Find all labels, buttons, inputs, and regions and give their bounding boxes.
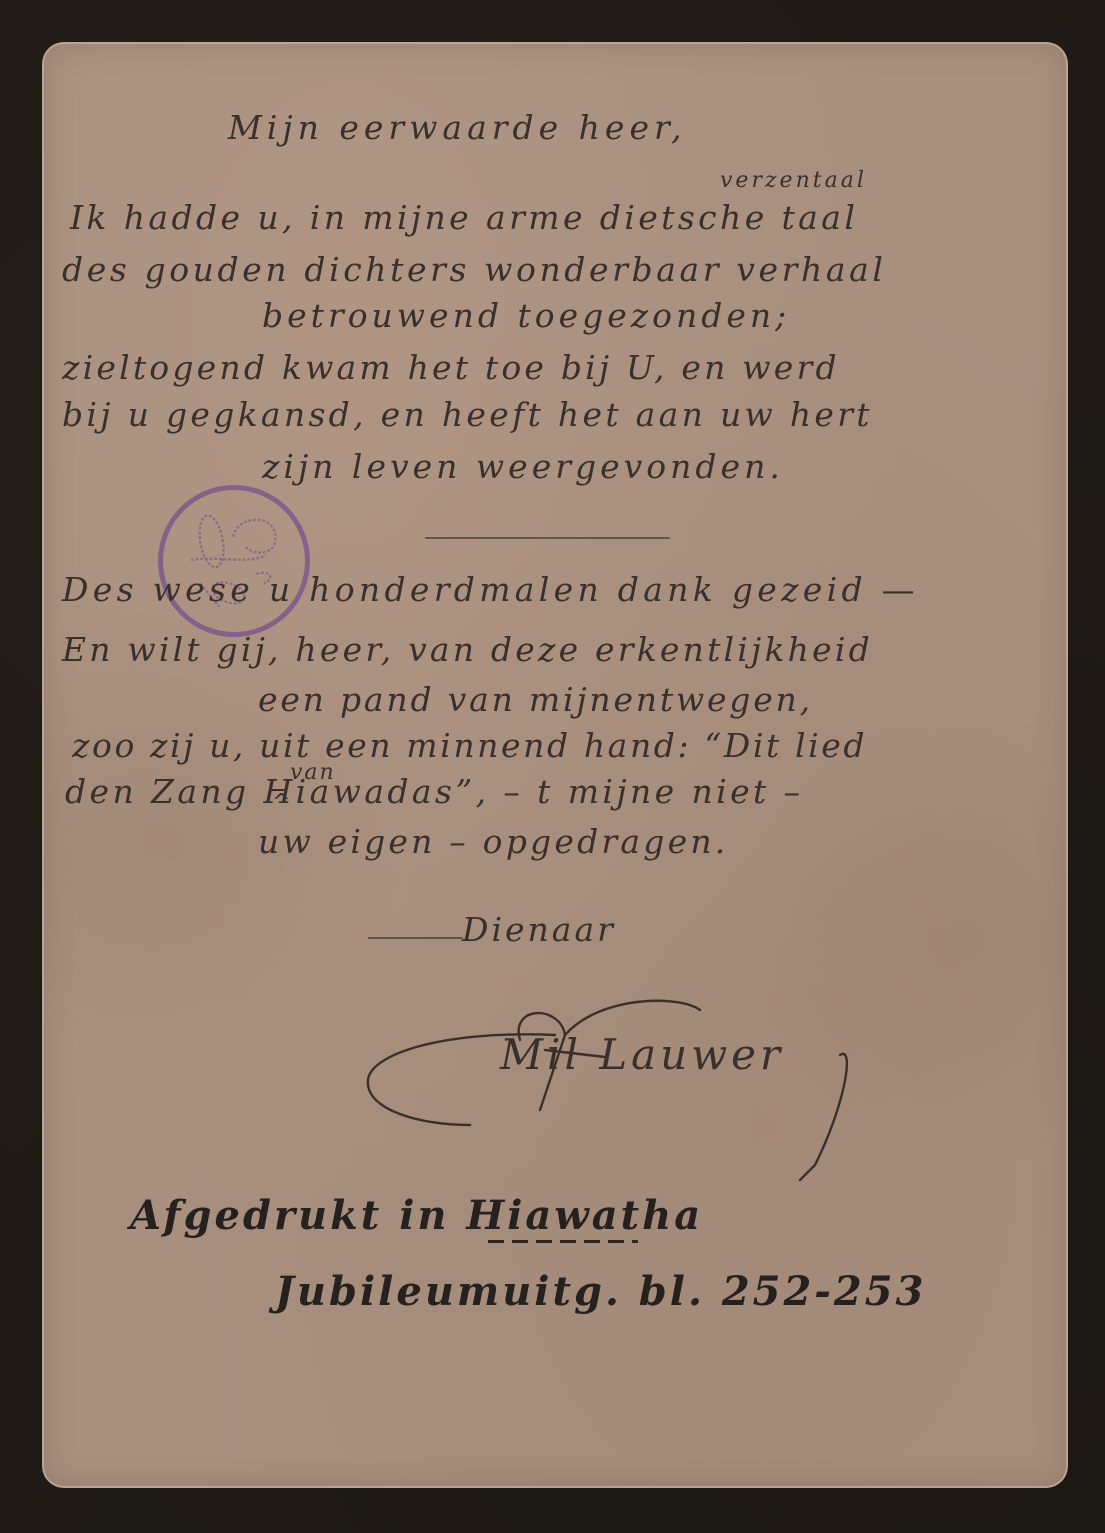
stanza-1-line-2: des gouden dichters wonderbaar verhaal	[62, 250, 887, 289]
insertion-verzentaal: verzentaal	[720, 168, 867, 193]
stanza-2-line-2: En wilt gij, heer, van deze erkentlijkhe…	[62, 630, 873, 669]
section-divider	[425, 537, 670, 539]
annotation-underline	[488, 1240, 638, 1243]
stanza-2-line-1: Des wese u honderdmalen dank gezeid —	[62, 570, 919, 609]
monogram-stamp	[158, 485, 310, 637]
signature-flourish	[360, 985, 920, 1195]
stanza-1-line-5: bij u gegkansd, en heeft het aan uw hert	[62, 395, 873, 434]
closing: Dienaar	[462, 910, 616, 949]
salutation: Mijn eerwaarde heer,	[228, 108, 687, 147]
stanza-1-line-6: zijn leven weergevonden.	[262, 447, 784, 486]
signature-swash-icon	[360, 985, 920, 1195]
stanza-2-line-4: zoo zij u, uit een minnend hand: “Dit li…	[72, 726, 867, 765]
closing-flourish	[368, 937, 463, 939]
stanza-1-line-4: zieltogend kwam het toe bij U, en werd	[62, 348, 840, 387]
stanza-1-line-1: Ik hadde u, in mijne arme dietsche taal	[70, 198, 858, 237]
monogram-icon	[163, 490, 305, 632]
stanza-2-line-6: uw eigen – opgedragen.	[258, 822, 728, 861]
annotation-line-2: Jubileumuitg. bl. 252-253	[275, 1268, 926, 1315]
stanza-1-line-3: betrouwend toegezonden;	[262, 296, 790, 335]
stanza-2-line-5: den Zang Hiawadas”, – t mijne niet –	[65, 772, 803, 811]
stanza-2-line-3: een pand van mijnentwegen,	[258, 680, 813, 719]
signature: Mil Lauwer	[500, 1030, 784, 1079]
annotation-line-1: Afgedrukt in Hiawatha	[130, 1192, 703, 1239]
